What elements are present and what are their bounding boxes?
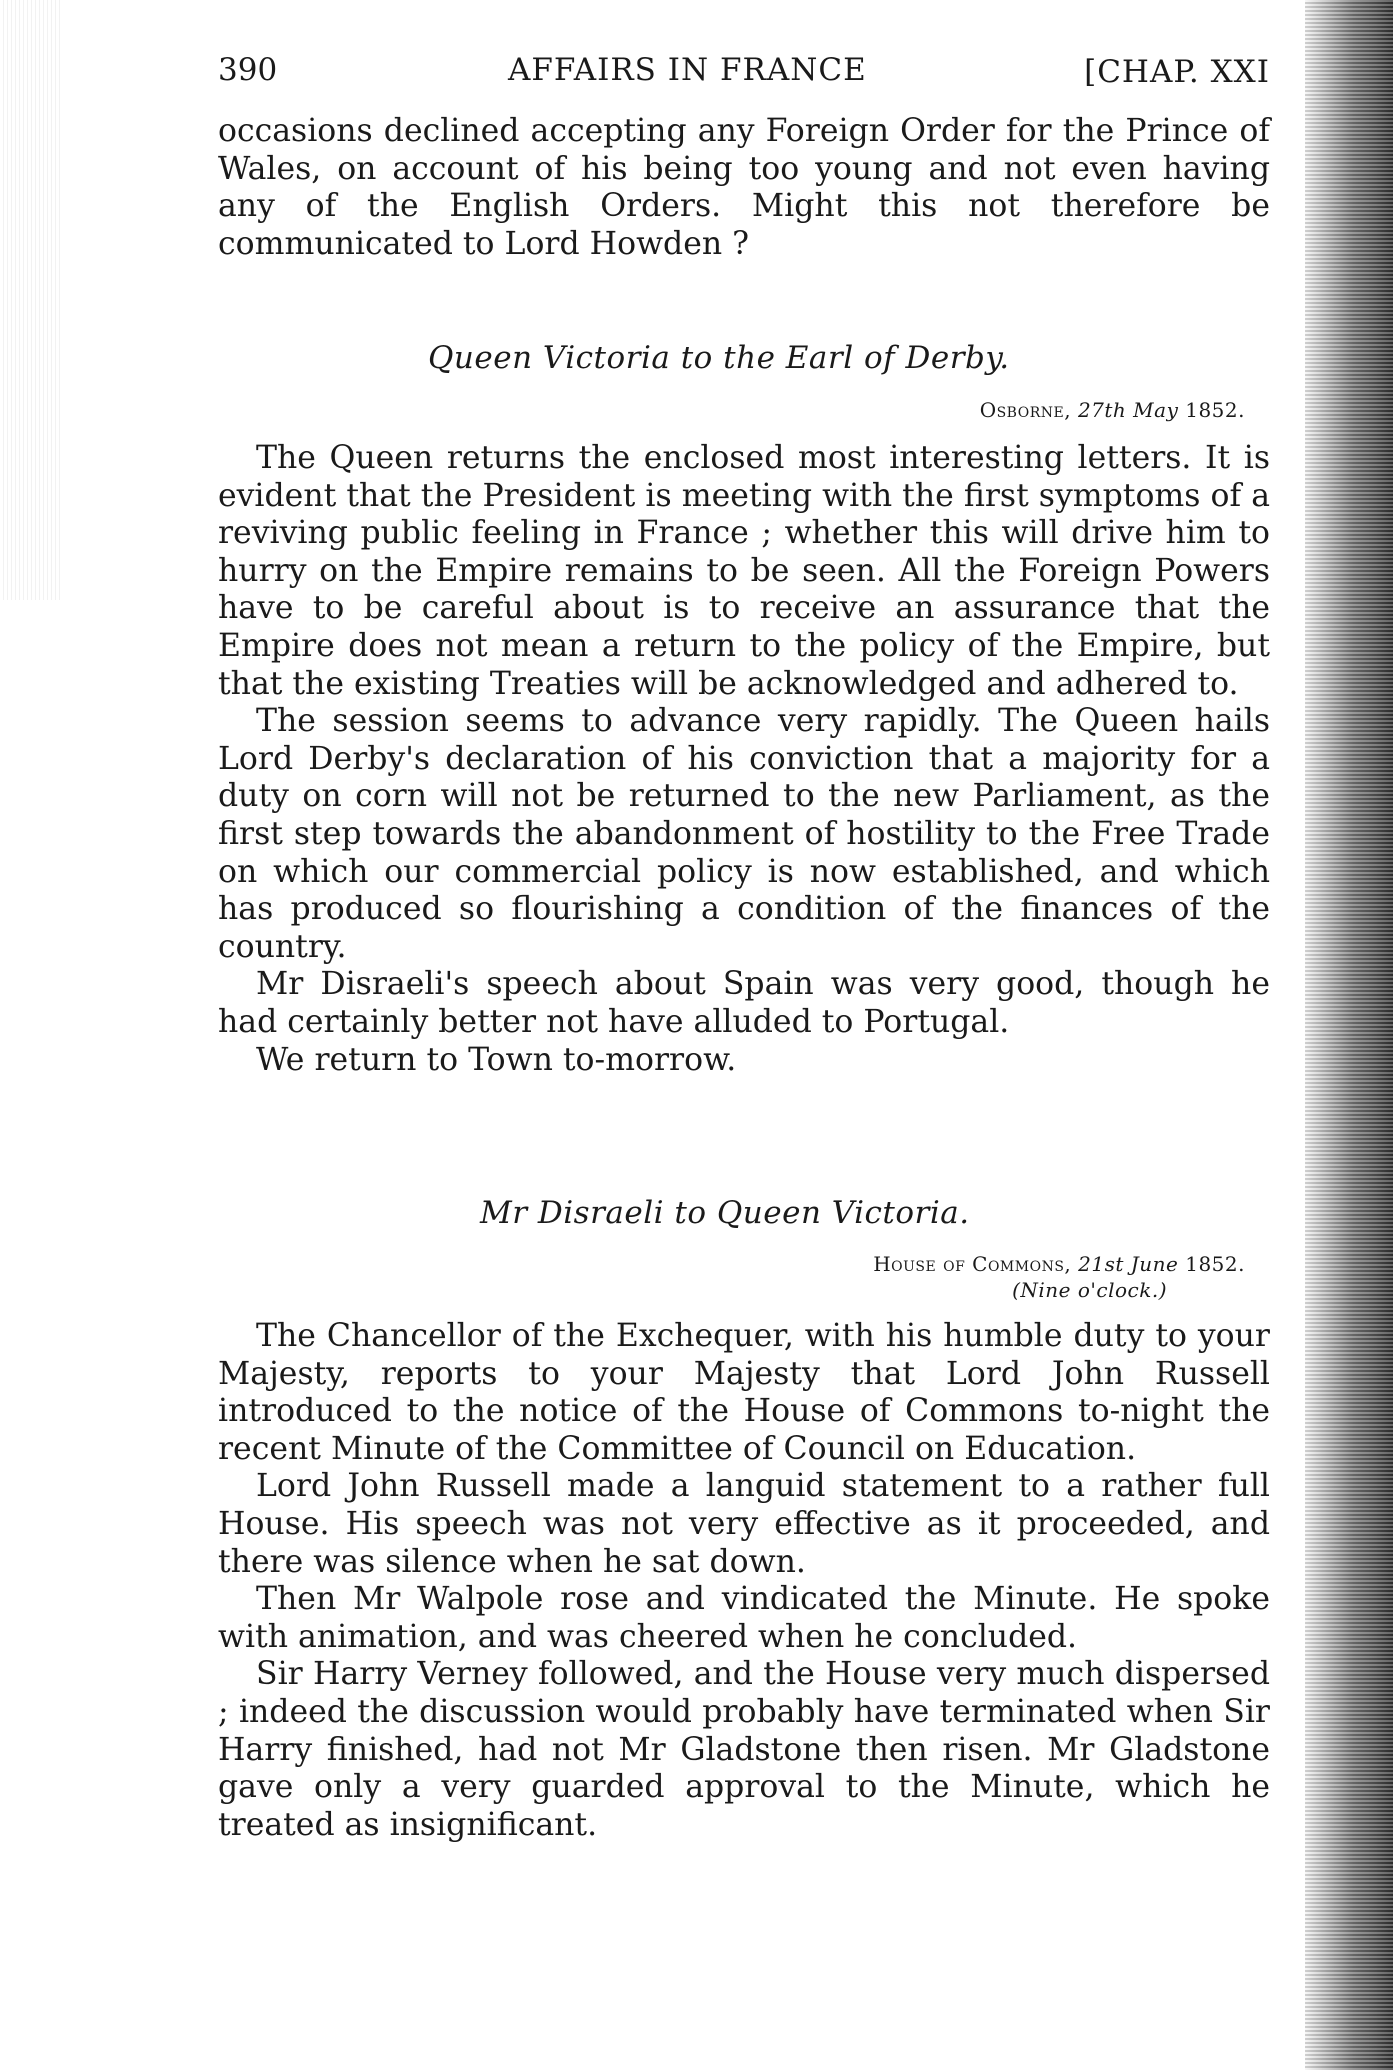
book-page: 390 AFFAIRS IN FRANCE [CHAP. XXI occasio…: [0, 0, 1393, 2070]
letter2-body: The Chancellor of the Exchequer, with hi…: [218, 1318, 1270, 1844]
letter1-dateline: Osborne, 27th May 1852.: [980, 398, 1245, 422]
letter2-dateline: House of Commons, 21st June 1852.: [873, 1252, 1245, 1276]
letter1-heading: Queen Victoria to the Earl of Derby.: [428, 340, 1010, 376]
chapter-label: [CHAP. XXI: [1084, 54, 1270, 90]
running-head: 390 AFFAIRS IN FRANCE [CHAP. XXI: [218, 52, 1270, 98]
page-edge-left: [0, 0, 60, 600]
letter2-dateline-time: (Nine o'clock.): [1012, 1278, 1167, 1302]
letter2-paragraph: Then Mr Walpole rose and vindicated the …: [218, 1581, 1270, 1656]
letter2-paragraph: Lord John Russell made a languid stateme…: [218, 1468, 1270, 1581]
book-spine-shadow: [1305, 0, 1393, 2070]
letter1-paragraph: The session seems to advance very rapidl…: [218, 703, 1270, 966]
continuation-block: occasions declined accepting any Foreign…: [218, 113, 1270, 263]
letter1-paragraph: We return to Town to-morrow.: [218, 1042, 1270, 1080]
letter1-paragraph: The Queen returns the enclosed most inte…: [218, 440, 1270, 703]
letter1-body: The Queen returns the enclosed most inte…: [218, 440, 1270, 1079]
continuation-paragraph: occasions declined accepting any Foreign…: [218, 113, 1270, 263]
letter2-paragraph: The Chancellor of the Exchequer, with hi…: [218, 1318, 1270, 1468]
page-number: 390: [218, 52, 277, 88]
running-title: AFFAIRS IN FRANCE: [508, 52, 867, 88]
letter2-paragraph: Sir Harry Verney followed, and the House…: [218, 1656, 1270, 1844]
letter1-paragraph: Mr Disraeli's speech about Spain was ver…: [218, 966, 1270, 1041]
letter2-heading: Mr Disraeli to Queen Victoria.: [480, 1195, 970, 1231]
